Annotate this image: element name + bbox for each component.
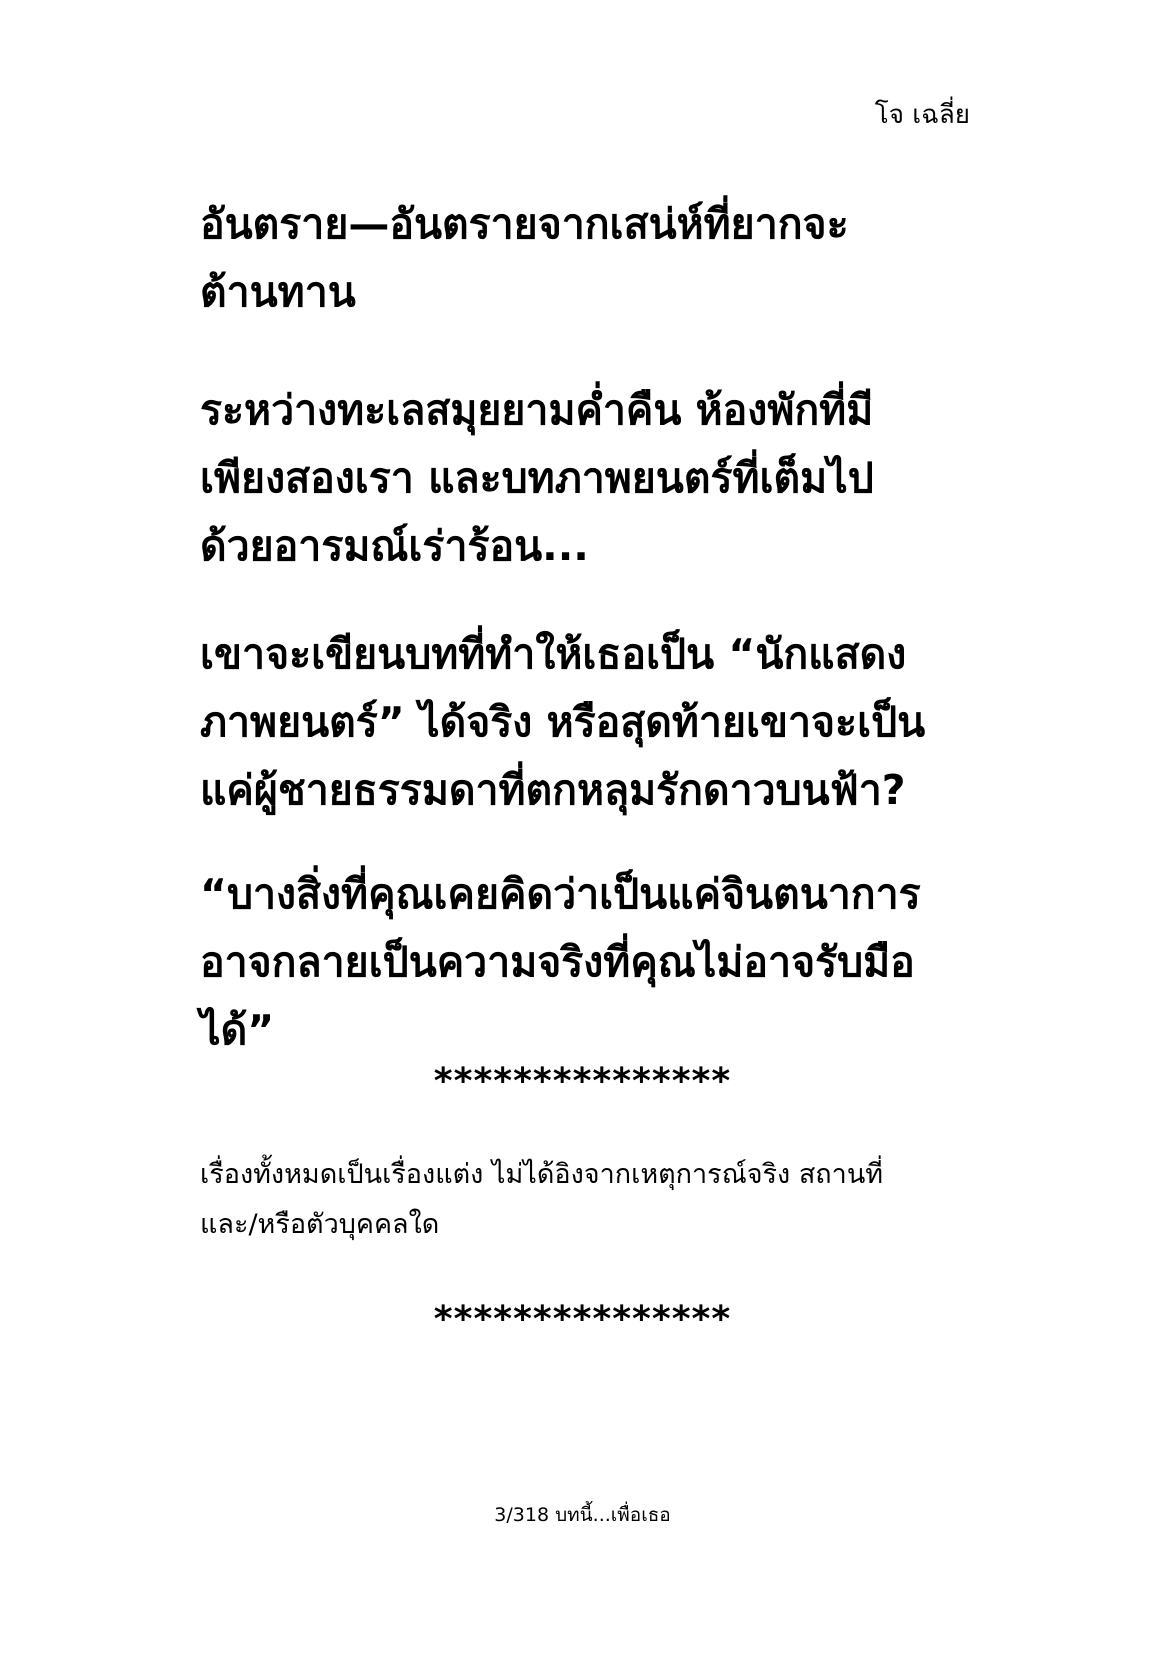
paragraph-line: เพียงสองเรา และบทภาพยนตร์ที่เต็มไป <box>200 444 975 512</box>
section-separator: *************** <box>0 1062 1165 1102</box>
author-name: โจ เฉลี่ย <box>875 95 970 135</box>
paragraph-line: ระหว่างทะเลสมุยยามค่ำคืน ห้องพักที่มี <box>200 376 975 444</box>
blurb-paragraph-question: เขาจะเขียนบทที่ทำให้เธอเป็น “นักแสดง ภาพ… <box>200 620 975 824</box>
disclaimer-line: และ/หรือตัวบุคคลใด <box>200 1200 975 1250</box>
blurb-title: อันตราย—อันตรายจากเสน่ห์ที่ยากจะ ต้านทาน <box>200 190 975 326</box>
paragraph-line: ภาพยนตร์” ได้จริง หรือสุดท้ายเขาจะเป็น <box>200 688 975 756</box>
blurb-quote: “บางสิ่งที่คุณเคยคิดว่าเป็นแค่จินตนาการ … <box>200 860 975 1064</box>
quote-line: ได้” <box>200 996 975 1064</box>
blurb-title-line: อันตราย—อันตรายจากเสน่ห์ที่ยากจะ <box>200 190 975 258</box>
quote-line: “บางสิ่งที่คุณเคยคิดว่าเป็นแค่จินตนาการ <box>200 860 975 928</box>
blurb-title-line: ต้านทาน <box>200 258 975 326</box>
section-separator: *************** <box>0 1300 1165 1340</box>
quote-line: อาจกลายเป็นความจริงที่คุณไม่อาจรับมือ <box>200 928 975 996</box>
paragraph-line: ด้วยอารมณ์เร่าร้อน... <box>200 512 975 580</box>
paragraph-line: เขาจะเขียนบทที่ทำให้เธอเป็น “นักแสดง <box>200 620 975 688</box>
disclaimer-line: เรื่องทั้งหมดเป็นเรื่องแต่ง ไม่ได้อิงจาก… <box>200 1150 975 1200</box>
blurb-paragraph-setting: ระหว่างทะเลสมุยยามค่ำคืน ห้องพักที่มี เพ… <box>200 376 975 580</box>
page-footer: 3/318 บทนี้...เพื่อเธอ <box>0 1500 1165 1530</box>
paragraph-line: แค่ผู้ชายธรรมดาที่ตกหลุมรักดาวบนฟ้า? <box>200 756 975 824</box>
fiction-disclaimer: เรื่องทั้งหมดเป็นเรื่องแต่ง ไม่ได้อิงจาก… <box>200 1150 975 1250</box>
